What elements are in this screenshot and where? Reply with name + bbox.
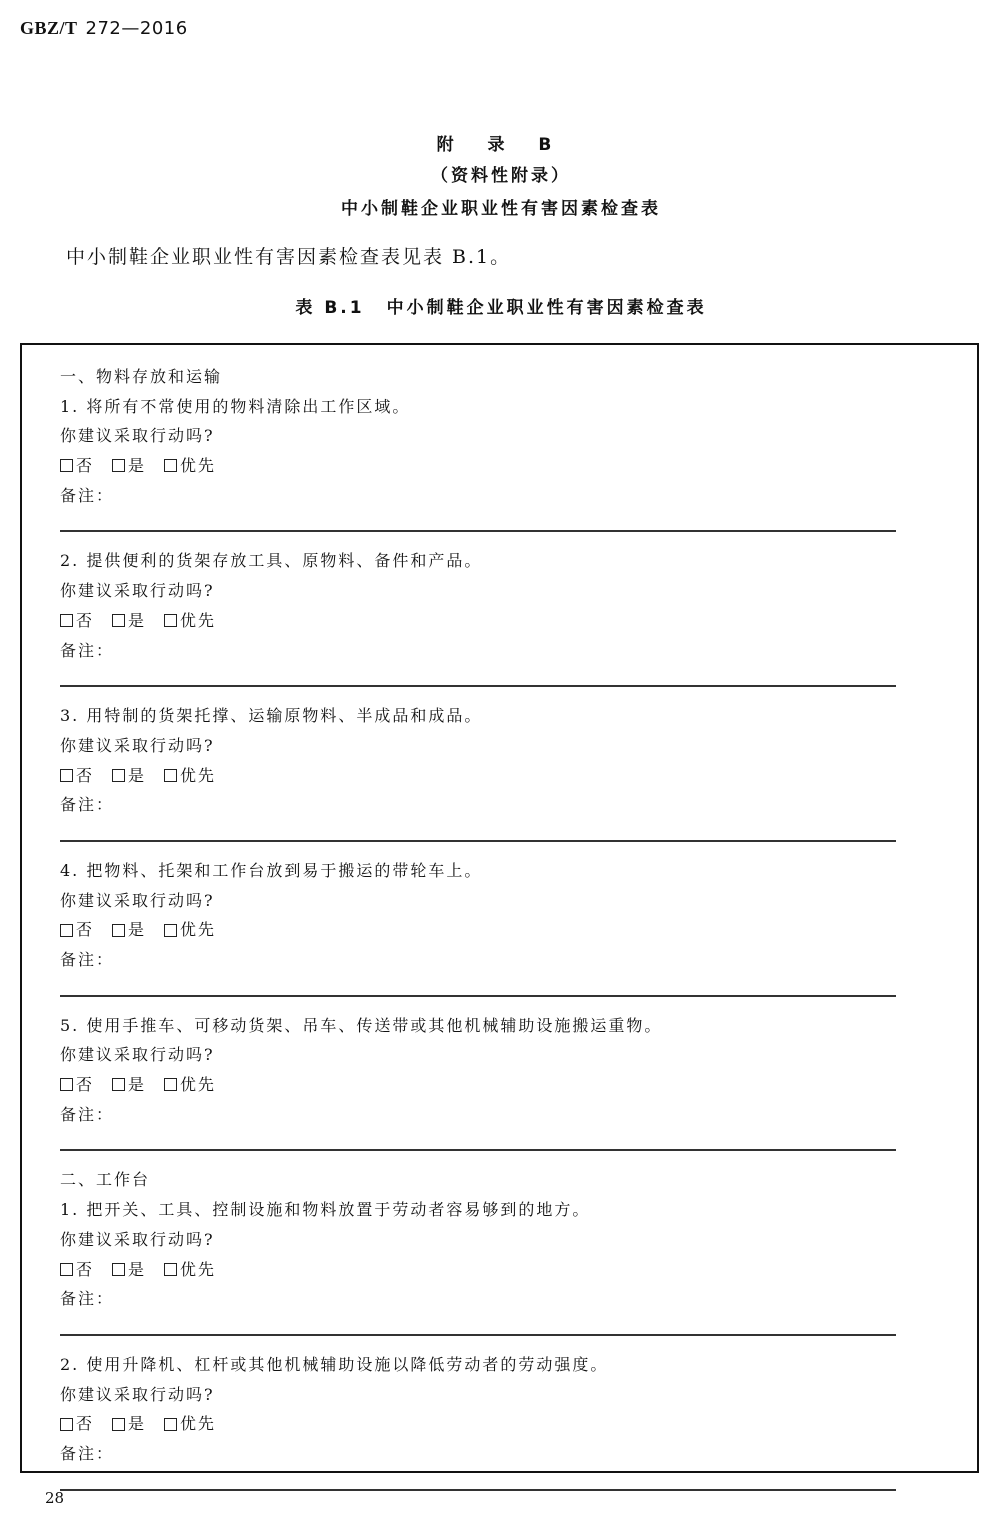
table-number: 表 B.1 xyxy=(295,298,364,318)
checkbox-icon[interactable] xyxy=(60,1078,73,1091)
checkbox-icon[interactable] xyxy=(60,924,73,937)
action-question: 你建议采取行动吗? xyxy=(60,1225,896,1255)
page-number: 28 xyxy=(45,1489,64,1507)
option-group: 否 是 优先 xyxy=(60,1070,896,1100)
remark-line[interactable] xyxy=(60,685,896,687)
remark-line[interactable] xyxy=(60,1149,896,1151)
item-text: 1. 将所有不常使用的物料清除出工作区域。 xyxy=(60,392,896,422)
checklist-item: 1. 把开关、工具、控制设施和物料放置于劳动者容易够到的地方。 你建议采取行动吗… xyxy=(60,1195,896,1336)
checklist-item: 2. 提供便利的货架存放工具、原物料、备件和产品。 你建议采取行动吗? 否 是 … xyxy=(60,546,896,687)
checkbox-icon[interactable] xyxy=(112,1078,125,1091)
checkbox-icon[interactable] xyxy=(112,614,125,627)
option-label: 是 xyxy=(128,1255,146,1285)
option-yes[interactable]: 是 xyxy=(112,1255,146,1285)
checkbox-icon[interactable] xyxy=(60,614,73,627)
option-label: 否 xyxy=(76,761,94,791)
option-priority[interactable]: 优先 xyxy=(164,606,216,636)
option-label: 优先 xyxy=(180,1070,216,1100)
remark-line[interactable] xyxy=(60,995,896,997)
option-label: 是 xyxy=(128,451,146,481)
item-text: 2. 提供便利的货架存放工具、原物料、备件和产品。 xyxy=(60,546,896,576)
appendix-label: 附 录 B xyxy=(0,130,1002,155)
option-label: 是 xyxy=(128,1409,146,1439)
remark-label: 备注： xyxy=(60,790,896,820)
checkbox-icon[interactable] xyxy=(164,924,177,937)
checkbox-icon[interactable] xyxy=(164,459,177,472)
checkbox-icon[interactable] xyxy=(164,769,177,782)
checkbox-icon[interactable] xyxy=(112,769,125,782)
option-priority[interactable]: 优先 xyxy=(164,1070,216,1100)
checkbox-icon[interactable] xyxy=(112,1263,125,1276)
remark-line[interactable] xyxy=(60,1334,896,1336)
option-yes[interactable]: 是 xyxy=(112,451,146,481)
option-label: 否 xyxy=(76,1070,94,1100)
checklist-item: 4. 把物料、托架和工作台放到易于搬运的带轮车上。 你建议采取行动吗? 否 是 … xyxy=(60,856,896,997)
option-group: 否 是 优先 xyxy=(60,915,896,945)
remark-label: 备注： xyxy=(60,945,896,975)
checkbox-icon[interactable] xyxy=(164,1078,177,1091)
checklist-item: 3. 用特制的货架托撑、运输原物料、半成品和成品。 你建议采取行动吗? 否 是 … xyxy=(60,701,896,842)
option-no[interactable]: 否 xyxy=(60,915,94,945)
action-question: 你建议采取行动吗? xyxy=(60,731,896,761)
option-label: 是 xyxy=(128,606,146,636)
checklist-item: 5. 使用手推车、可移动货架、吊车、传送带或其他机械辅助设施搬运重物。 你建议采… xyxy=(60,1011,896,1152)
action-question: 你建议采取行动吗? xyxy=(60,886,896,916)
option-no[interactable]: 否 xyxy=(60,1255,94,1285)
item-text: 2. 使用升降机、杠杆或其他机械辅助设施以降低劳动者的劳动强度。 xyxy=(60,1350,896,1380)
section-title: 一、物料存放和运输 xyxy=(60,362,896,392)
option-label: 否 xyxy=(76,1255,94,1285)
option-priority[interactable]: 优先 xyxy=(164,1409,216,1439)
action-question: 你建议采取行动吗? xyxy=(60,421,896,451)
checkbox-icon[interactable] xyxy=(164,1418,177,1431)
action-question: 你建议采取行动吗? xyxy=(60,1040,896,1070)
checkbox-icon[interactable] xyxy=(164,1263,177,1276)
option-label: 优先 xyxy=(180,451,216,481)
action-question: 你建议采取行动吗? xyxy=(60,1380,896,1410)
item-text: 4. 把物料、托架和工作台放到易于搬运的带轮车上。 xyxy=(60,856,896,886)
option-group: 否 是 优先 xyxy=(60,761,896,791)
checklist-table: 一、物料存放和运输 1. 将所有不常使用的物料清除出工作区域。 你建议采取行动吗… xyxy=(20,343,979,1473)
option-priority[interactable]: 优先 xyxy=(164,1255,216,1285)
remark-label: 备注： xyxy=(60,481,896,511)
item-text: 3. 用特制的货架托撑、运输原物料、半成品和成品。 xyxy=(60,701,896,731)
option-group: 否 是 优先 xyxy=(60,1255,896,1285)
action-question: 你建议采取行动吗? xyxy=(60,576,896,606)
option-label: 否 xyxy=(76,451,94,481)
checkbox-icon[interactable] xyxy=(60,459,73,472)
option-label: 优先 xyxy=(180,915,216,945)
intro-text: 中小制鞋企业职业性有害因素检查表见表 B.1。 xyxy=(66,242,511,269)
option-label: 优先 xyxy=(180,761,216,791)
checklist-content: 一、物料存放和运输 1. 将所有不常使用的物料清除出工作区域。 你建议采取行动吗… xyxy=(60,362,896,1505)
option-no[interactable]: 否 xyxy=(60,1409,94,1439)
table-title: 中小制鞋企业职业性有害因素检查表 xyxy=(387,298,707,318)
option-label: 否 xyxy=(76,1409,94,1439)
remark-label: 备注： xyxy=(60,1439,896,1469)
option-no[interactable]: 否 xyxy=(60,761,94,791)
item-text: 5. 使用手推车、可移动货架、吊车、传送带或其他机械辅助设施搬运重物。 xyxy=(60,1011,896,1041)
option-priority[interactable]: 优先 xyxy=(164,915,216,945)
option-label: 是 xyxy=(128,1070,146,1100)
appendix-title: 中小制鞋企业职业性有害因素检查表 xyxy=(0,194,1002,219)
option-no[interactable]: 否 xyxy=(60,451,94,481)
remark-line[interactable] xyxy=(60,1489,896,1491)
checkbox-icon[interactable] xyxy=(60,1263,73,1276)
option-no[interactable]: 否 xyxy=(60,1070,94,1100)
option-yes[interactable]: 是 xyxy=(112,1409,146,1439)
item-text: 1. 把开关、工具、控制设施和物料放置于劳动者容易够到的地方。 xyxy=(60,1195,896,1225)
option-priority[interactable]: 优先 xyxy=(164,451,216,481)
checkbox-icon[interactable] xyxy=(60,1418,73,1431)
standard-number: 272—2016 xyxy=(86,18,188,39)
remark-line[interactable] xyxy=(60,530,896,532)
appendix-nature: （资料性附录） xyxy=(0,161,1002,186)
option-yes[interactable]: 是 xyxy=(112,761,146,791)
remark-line[interactable] xyxy=(60,840,896,842)
checkbox-icon[interactable] xyxy=(60,769,73,782)
remark-label: 备注： xyxy=(60,1284,896,1314)
option-yes[interactable]: 是 xyxy=(112,606,146,636)
option-no[interactable]: 否 xyxy=(60,606,94,636)
checkbox-icon[interactable] xyxy=(112,924,125,937)
option-label: 否 xyxy=(76,606,94,636)
option-group: 否 是 优先 xyxy=(60,1409,896,1439)
option-label: 是 xyxy=(128,761,146,791)
option-yes[interactable]: 是 xyxy=(112,915,146,945)
checklist-item: 2. 使用升降机、杠杆或其他机械辅助设施以降低劳动者的劳动强度。 你建议采取行动… xyxy=(60,1350,896,1491)
standard-prefix: GBZ/T xyxy=(20,18,78,38)
option-yes[interactable]: 是 xyxy=(112,1070,146,1100)
remark-label: 备注： xyxy=(60,1100,896,1130)
option-priority[interactable]: 优先 xyxy=(164,761,216,791)
section-title: 二、工作台 xyxy=(60,1165,896,1195)
table-caption: 表 B.1中小制鞋企业职业性有害因素检查表 xyxy=(0,293,1002,318)
option-group: 否 是 优先 xyxy=(60,606,896,636)
checkbox-icon[interactable] xyxy=(164,614,177,627)
option-label: 是 xyxy=(128,915,146,945)
option-label: 优先 xyxy=(180,606,216,636)
option-label: 优先 xyxy=(180,1255,216,1285)
checklist-item: 1. 将所有不常使用的物料清除出工作区域。 你建议采取行动吗? 否 是 优先 备… xyxy=(60,392,896,533)
option-group: 否 是 优先 xyxy=(60,451,896,481)
remark-label: 备注： xyxy=(60,636,896,666)
option-label: 否 xyxy=(76,915,94,945)
checkbox-icon[interactable] xyxy=(112,1418,125,1431)
checkbox-icon[interactable] xyxy=(112,459,125,472)
option-label: 优先 xyxy=(180,1409,216,1439)
standard-code: GBZ/T272—2016 xyxy=(20,18,188,39)
